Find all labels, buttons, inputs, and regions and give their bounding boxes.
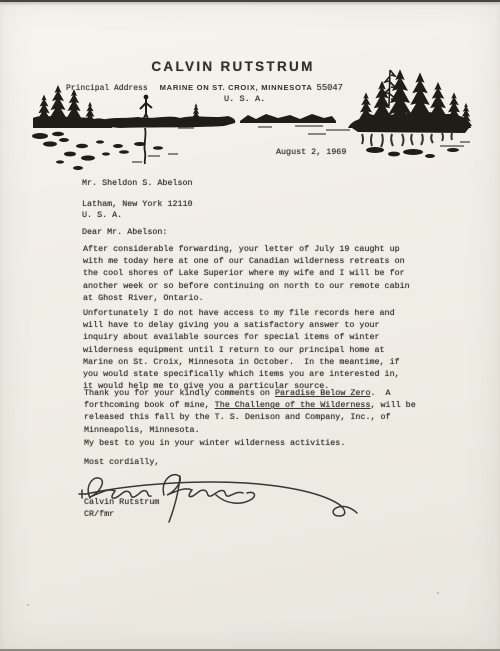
- lily-pads: [43, 138, 178, 170]
- body-text: Thank you for your kindly comments on: [84, 388, 275, 398]
- body-line: the cool shores of Lake Superior where m…: [83, 267, 410, 279]
- address-label: Principal Address: [66, 84, 148, 93]
- address-caps: MARINE ON ST. CROIX, MINNESOTA: [160, 83, 313, 92]
- body-line: Unfortunately I do not have access to my…: [83, 307, 400, 319]
- body-line: another week or so before continuing on …: [83, 280, 410, 292]
- recipient-country: U. S. A.: [82, 210, 122, 220]
- body-line: After considerable forwarding, your lett…: [83, 243, 410, 255]
- body-text: . A: [370, 388, 390, 398]
- recipient-address: Latham, New York 12110: [82, 199, 193, 209]
- letterhead-name: CALVIN RUTSTRUM: [0, 59, 466, 74]
- body-text: , will be: [370, 400, 415, 410]
- postal-code: 55047: [317, 83, 343, 93]
- body-line: Minneapolis, Minnesota.: [84, 424, 416, 436]
- paragraph-2: Unfortunately I do not have access to my…: [83, 307, 400, 392]
- signature-autograph: [76, 464, 376, 526]
- letterhead-artwork: [28, 64, 472, 174]
- body-line: forthcoming book of mine, The Challenge …: [84, 399, 416, 411]
- salutation: Dear Mr. Abelson:: [82, 227, 167, 237]
- pine-island-right: [348, 69, 472, 133]
- water-reflections: [362, 133, 452, 147]
- scan-edge-top: [0, 0, 500, 2]
- book-title-paradise-below-zero: Paradise Below Zero: [275, 388, 371, 398]
- recipient-name: Mr. Sheldon S. Abelson: [82, 178, 193, 188]
- paragraph-1: After considerable forwarding, your lett…: [83, 243, 410, 304]
- body-line: at Ghost River, Ontario.: [83, 292, 410, 304]
- body-line: released this fall by the T. S. Denison …: [84, 411, 416, 423]
- paper-speck: [27, 604, 29, 606]
- paper-speck: [437, 592, 439, 594]
- foreground-rocks: [366, 147, 459, 158]
- paragraph-3: Thank you for your kindly comments on Pa…: [84, 387, 416, 436]
- body-line: Marine on St. Croix, Minnesota in Octobe…: [83, 356, 400, 368]
- body-line: you would state specifically which items…: [83, 368, 400, 380]
- pine-cluster-left: [32, 85, 112, 139]
- body-line: will have to delay giving you a satisfac…: [83, 319, 400, 331]
- body-line: inquiry about available sources for spec…: [83, 331, 400, 343]
- book-title-challenge-of-the-wilderness: The Challenge of the Wilderness: [215, 400, 371, 410]
- body-line: wilderness equipment until I return to o…: [83, 344, 400, 356]
- letterhead-address-line: Principal Address MARINE ON ST. CROIX, M…: [66, 83, 343, 93]
- body-text: forthcoming book of mine,: [84, 400, 215, 410]
- closing-wishes: My best to you in your winter wilderness…: [84, 438, 345, 448]
- shoreline-band: [94, 116, 235, 128]
- figure-reflection: [144, 128, 145, 164]
- canoeist-figure: [140, 95, 152, 164]
- body-line: with me today here at one of our Canadia…: [83, 255, 410, 267]
- body-line: Thank you for your kindly comments on Pa…: [84, 387, 416, 399]
- scanned-letter-page: CALVIN RUTSTRUM Principal Address MARINE…: [0, 0, 500, 651]
- letterhead-country: U. S. A.: [224, 94, 265, 104]
